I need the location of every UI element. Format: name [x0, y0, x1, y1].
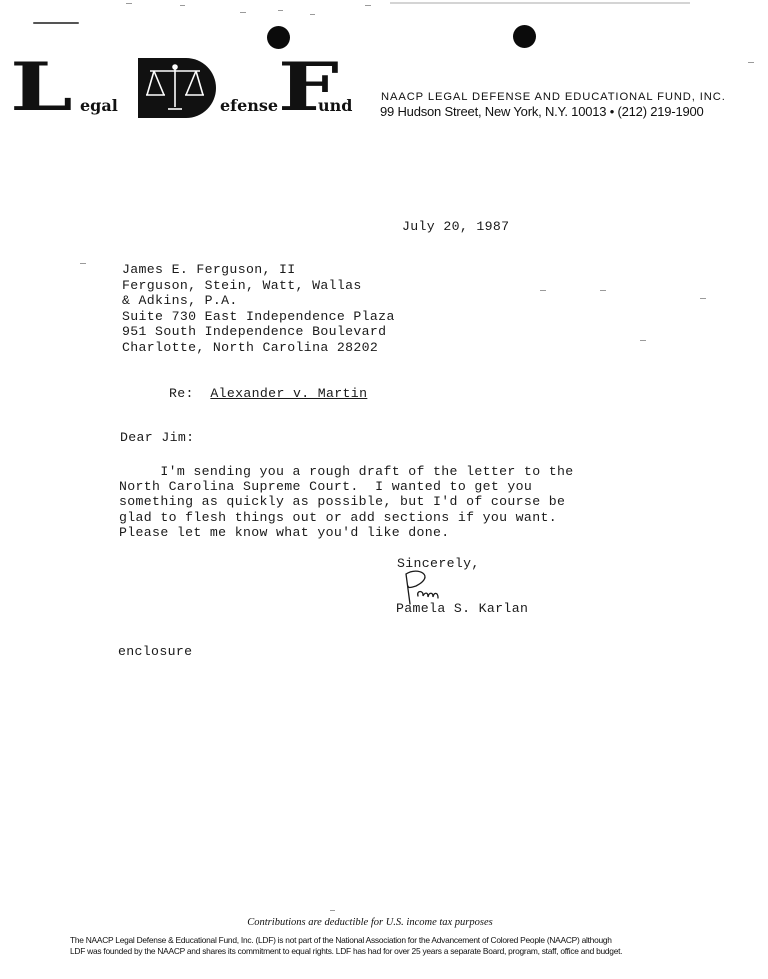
re-case-name: Alexander v. Martin: [210, 386, 367, 401]
scan-speck: [240, 12, 246, 13]
punch-hole: [513, 25, 536, 48]
recipient-address: James E. Ferguson, II Ferguson, Stein, W…: [122, 262, 395, 355]
punch-hole: [267, 26, 290, 49]
scales-of-justice-icon: [144, 61, 206, 115]
address-line: Charlotte, North Carolina 28202: [122, 340, 395, 356]
disclaimer-line: The NAACP Legal Defense & Educational Fu…: [70, 935, 690, 946]
org-name: NAACP LEGAL DEFENSE AND EDUCATIONAL FUND…: [381, 91, 726, 103]
body-line: Please let me know what you'd like done.: [119, 525, 574, 540]
scan-edge: [390, 2, 690, 4]
scan-speck: [126, 3, 132, 4]
body-line: North Carolina Supreme Court. I wanted t…: [119, 479, 574, 494]
tax-deductible-note: Contributions are deductible for U.S. in…: [0, 917, 740, 928]
scan-speck: [640, 340, 646, 341]
logo-word-efense: efense: [220, 98, 278, 114]
footer-disclaimer: The NAACP Legal Defense & Educational Fu…: [70, 935, 690, 956]
salutation: Dear Jim:: [120, 430, 194, 445]
scan-speck: [540, 290, 546, 291]
address-line: James E. Ferguson, II: [122, 262, 395, 278]
scan-speck: [330, 910, 335, 911]
scan-speck: [700, 298, 706, 299]
re-line: Re: Alexander v. Martin: [169, 386, 367, 401]
address-line: Suite 730 East Independence Plaza: [122, 309, 395, 325]
scan-speck: [180, 5, 185, 6]
letter-body: I'm sending you a rough draft of the let…: [119, 464, 574, 540]
ldf-logo: L egal efense F und: [10, 56, 360, 118]
scan-speck: [600, 290, 606, 291]
body-line: I'm sending you a rough draft of the let…: [119, 464, 574, 479]
signer-name: Pamela S. Karlan: [396, 601, 528, 616]
scan-speck: [310, 14, 315, 15]
scan-speck: [748, 62, 754, 63]
logo-initial-l: L: [10, 54, 73, 120]
org-address: 99 Hudson Street, New York, N.Y. 10013 •…: [380, 104, 704, 119]
logo-word-und: und: [318, 98, 352, 114]
logo-initial-d: [138, 58, 216, 118]
address-line: & Adkins, P.A.: [122, 293, 395, 309]
scan-speck: [278, 10, 283, 11]
letter-date: July 20, 1987: [402, 219, 509, 234]
re-label: Re:: [169, 386, 194, 401]
logo-word-egal: egal: [80, 98, 118, 114]
scan-mark: [33, 22, 79, 24]
enclosure-note: enclosure: [118, 644, 192, 659]
scan-speck: [365, 5, 371, 6]
address-line: 951 South Independence Boulevard: [122, 324, 395, 340]
disclaimer-line: LDF was founded by the NAACP and shares …: [70, 946, 690, 957]
address-line: Ferguson, Stein, Watt, Wallas: [122, 278, 395, 294]
body-line: glad to flesh things out or add sections…: [119, 510, 574, 525]
body-line: something as quickly as possible, but I'…: [119, 494, 574, 509]
scan-speck: [80, 263, 86, 264]
